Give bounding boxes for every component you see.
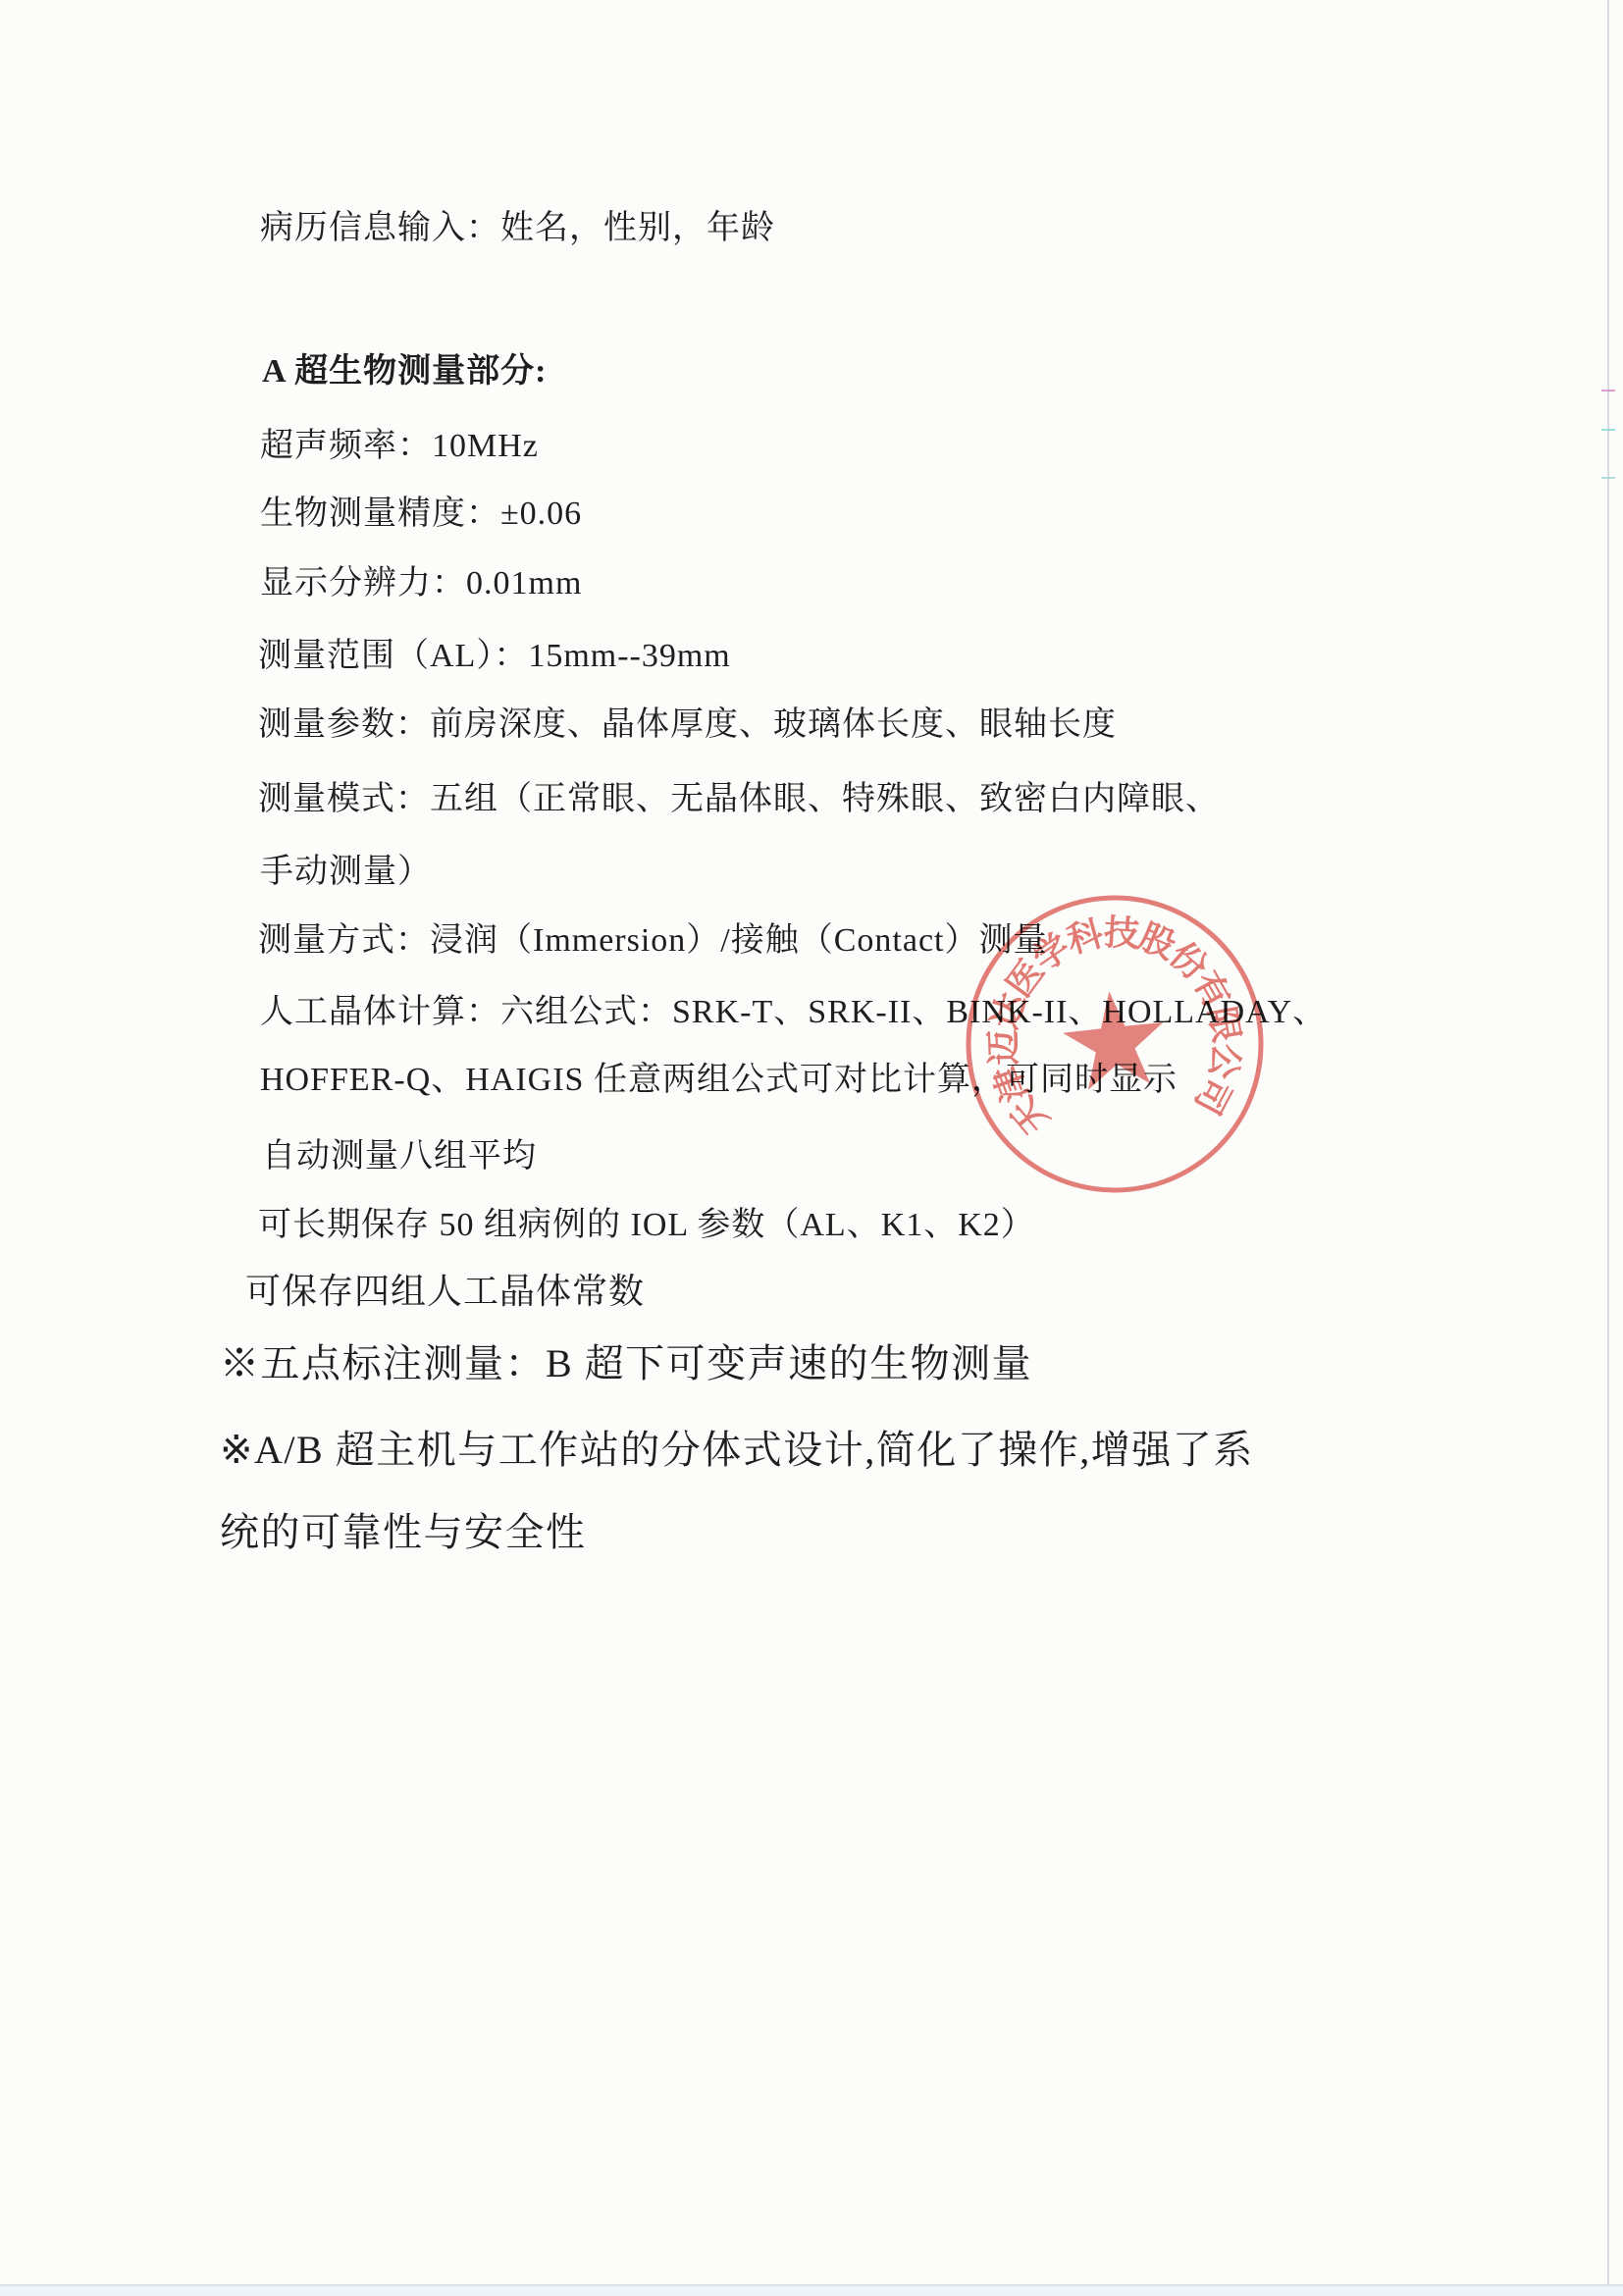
doc-line-resolution: 显示分辨力：0.01mm (260, 555, 582, 603)
seal-star-icon (1059, 986, 1169, 1092)
doc-line-accuracy: 生物测量精度：±0.06 (260, 486, 582, 534)
doc-line-parameters: 测量参数：前房深度、晶体厚度、玻璃体长度、眼轴长度 (258, 697, 1117, 745)
scan-artifact-vertical-line (1607, 0, 1609, 2296)
doc-line-frequency: 超声频率：10MHz (260, 418, 539, 466)
svg-text:迈: 迈 (983, 1029, 1023, 1066)
doc-line-note-five-point: ※五点标注测量：B 超下可变声速的生物测量 (220, 1332, 1032, 1388)
doc-line-method: 测量方式：浸润（Immersion）/接触（Contact）测量 (258, 913, 1048, 961)
scan-artifact-color-tick (1601, 477, 1615, 479)
doc-line-case-storage: 可长期保存 50 组病例的 IOL 参数（AL、K1、K2） (258, 1197, 1035, 1245)
doc-line-patient-info: 病历信息输入：姓名，性别，年龄 (260, 200, 775, 248)
scan-artifact-color-tick (1601, 429, 1615, 431)
doc-line-range: 测量范围（AL）：15mm--39mm (258, 628, 731, 676)
doc-line-note-split-design: ※A/B 超主机与工作站的分体式设计,简化了操作,增强了系 (220, 1419, 1254, 1475)
doc-line-auto-average: 自动测量八组平均 (262, 1128, 537, 1176)
doc-line-note-split-design-cont: 统的可靠性与安全性 (220, 1501, 587, 1557)
scanned-page: 病历信息输入：姓名，性别，年龄 A 超生物测量部分: 超声频率：10MHz 生物… (0, 0, 1623, 2296)
doc-line-modes: 测量模式：五组（正常眼、无晶体眼、特殊眼、致密白内障眼、 (258, 771, 1220, 819)
svg-text:限: 限 (1201, 1004, 1246, 1046)
doc-line-modes-cont: 手动测量） (260, 844, 432, 892)
company-seal-stamp: 天津迈达医学科技股份有限公司 (941, 870, 1288, 1218)
scan-artifact-bottom-strip (0, 2286, 1623, 2296)
doc-line-constant-storage: 可保存四组人工晶体常数 (245, 1264, 645, 1314)
doc-section-heading: A 超生物测量部分: (262, 343, 548, 391)
scan-artifact-color-tick (1601, 390, 1615, 391)
